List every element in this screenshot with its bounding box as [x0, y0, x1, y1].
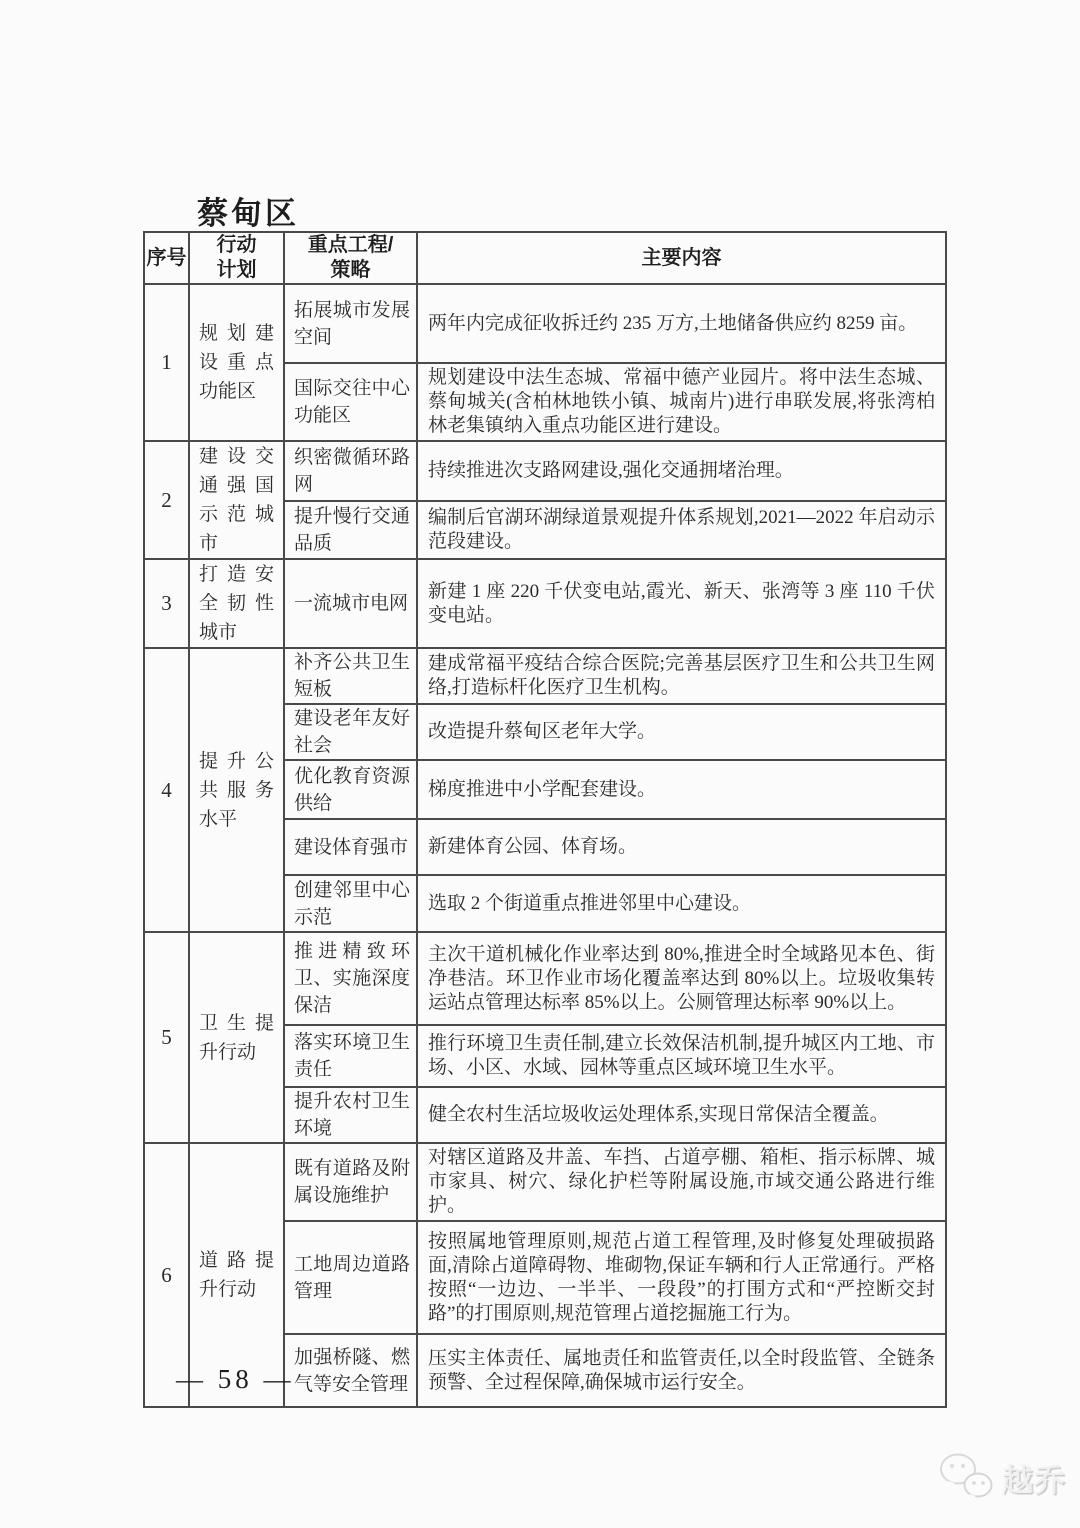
- strategy-cell: 工地周边道路管理: [284, 1221, 417, 1334]
- content-cell: 持续推进次支路网建设,强化交通拥堵治理。: [417, 441, 946, 501]
- strategy-cell: 建设体育强市: [284, 819, 417, 875]
- watermark-text: 越乔: [1002, 1455, 1066, 1500]
- table-row: 5卫生提升行动推进精致环卫、实施深度保洁主次干道机械化作业率达到 80%,推进全…: [144, 932, 946, 1025]
- content-cell: 建成常福平疫结合综合医院;完善基层医疗卫生和公共卫生网络,打造标杆化医疗卫生机构…: [417, 648, 946, 704]
- strategy-cell: 优化教育资源供给: [284, 760, 417, 819]
- content-cell: 新建 1 座 220 千伏变电站,霞光、新天、张湾等 3 座 110 千伏变电站…: [417, 559, 946, 648]
- content-cell: 主次干道机械化作业率达到 80%,推进全时全域路见本色、街净巷洁。环卫作业市场化…: [417, 932, 946, 1025]
- chat-bubbles-icon: [936, 1450, 998, 1504]
- content-cell: 压实主体责任、属地责任和监管责任,以全时段监管、全链条预警、全过程保障,确保城市…: [417, 1334, 946, 1407]
- strategy-cell: 织密微循环路网: [284, 441, 417, 501]
- header-row: 序号 行动 计划 重点工程/ 策略 主要内容: [144, 232, 946, 284]
- row-number-cell: 4: [144, 648, 189, 932]
- action-plan-cell: 建设交通强国示范城市: [189, 441, 284, 559]
- header-plan: 行动 计划: [189, 232, 284, 284]
- content-cell: 按照属地管理原则,规范占道工程管理,及时修复处理破损路面,清除占道障碍物、堆砌物…: [417, 1221, 946, 1334]
- content-cell: 编制后官湖环湖绿道景观提升体系规划,2021—2022 年启动示范段建设。: [417, 501, 946, 559]
- strategy-cell: 一流城市电网: [284, 559, 417, 648]
- page-number: — 58 —: [176, 1364, 295, 1395]
- strategy-cell: 既有道路及附属设施维护: [284, 1143, 417, 1221]
- strategy-cell: 补齐公共卫生短板: [284, 648, 417, 704]
- action-plan-cell: 提升公共服务水平: [189, 648, 284, 932]
- row-number-cell: 2: [144, 441, 189, 559]
- table-row: 2建设交通强国示范城市织密微循环路网持续推进次支路网建设,强化交通拥堵治理。: [144, 441, 946, 501]
- header-strategy: 重点工程/ 策略: [284, 232, 417, 284]
- strategy-cell: 提升慢行交通品质: [284, 501, 417, 559]
- table-row: 6道路提升行动既有道路及附属设施维护对辖区道路及井盖、车挡、占道亭棚、箱柜、指示…: [144, 1143, 946, 1221]
- strategy-cell: 加强桥隧、燃气等安全管理: [284, 1334, 417, 1407]
- content-cell: 健全农村生活垃圾收运处理体系,实现日常保洁全覆盖。: [417, 1087, 946, 1143]
- watermark: 越乔: [936, 1450, 1066, 1504]
- row-number-cell: 3: [144, 559, 189, 648]
- content-cell: 对辖区道路及井盖、车挡、占道亭棚、箱柜、指示标牌、城市家具、树穴、绿化护栏等附属…: [417, 1143, 946, 1221]
- strategy-cell: 创建邻里中心示范: [284, 875, 417, 932]
- page-title: 蔡甸区: [197, 188, 299, 233]
- document-page: 蔡甸区 序号 行动 计划 重点工程/ 策略 主要内容 1规划建设重点功能区拓展城…: [0, 0, 1080, 1528]
- action-plan-cell: 卫生提升行动: [189, 932, 284, 1143]
- table-row: 1规划建设重点功能区拓展城市发展空间两年内完成征收拆迁约 235 万方,土地储备…: [144, 284, 946, 363]
- header-content: 主要内容: [417, 232, 946, 284]
- content-cell: 规划建设中法生态城、常福中德产业园片。将中法生态城、蔡甸城关(含柏林地铁小镇、城…: [417, 363, 946, 441]
- strategy-cell: 国际交往中心功能区: [284, 363, 417, 441]
- strategy-cell: 拓展城市发展空间: [284, 284, 417, 363]
- content-cell: 改造提升蔡甸区老年大学。: [417, 704, 946, 760]
- header-seq: 序号: [144, 232, 189, 284]
- strategy-cell: 提升农村卫生环境: [284, 1087, 417, 1143]
- table-body: 1规划建设重点功能区拓展城市发展空间两年内完成征收拆迁约 235 万方,土地储备…: [144, 284, 946, 1407]
- content-cell: 选取 2 个街道重点推进邻里中心建设。: [417, 875, 946, 932]
- content-cell: 新建体育公园、体育场。: [417, 819, 946, 875]
- strategy-cell: 推进精致环卫、实施深度保洁: [284, 932, 417, 1025]
- content-cell: 梯度推进中小学配套建设。: [417, 760, 946, 819]
- row-number-cell: 5: [144, 932, 189, 1143]
- table-row: 3打造安全韧性城市一流城市电网新建 1 座 220 千伏变电站,霞光、新天、张湾…: [144, 559, 946, 648]
- action-plan-cell: 打造安全韧性城市: [189, 559, 284, 648]
- table-header: 序号 行动 计划 重点工程/ 策略 主要内容: [144, 232, 946, 284]
- action-plan-table: 序号 行动 计划 重点工程/ 策略 主要内容 1规划建设重点功能区拓展城市发展空…: [143, 231, 947, 1408]
- strategy-cell: 建设老年友好社会: [284, 704, 417, 760]
- row-number-cell: 1: [144, 284, 189, 441]
- content-cell: 推行环境卫生责任制,建立长效保洁机制,提升城区内工地、市场、小区、水域、园林等重…: [417, 1025, 946, 1087]
- strategy-cell: 落实环境卫生责任: [284, 1025, 417, 1087]
- content-cell: 两年内完成征收拆迁约 235 万方,土地储备供应约 8259 亩。: [417, 284, 946, 363]
- table-row: 4提升公共服务水平补齐公共卫生短板建成常福平疫结合综合医院;完善基层医疗卫生和公…: [144, 648, 946, 704]
- action-plan-cell: 规划建设重点功能区: [189, 284, 284, 441]
